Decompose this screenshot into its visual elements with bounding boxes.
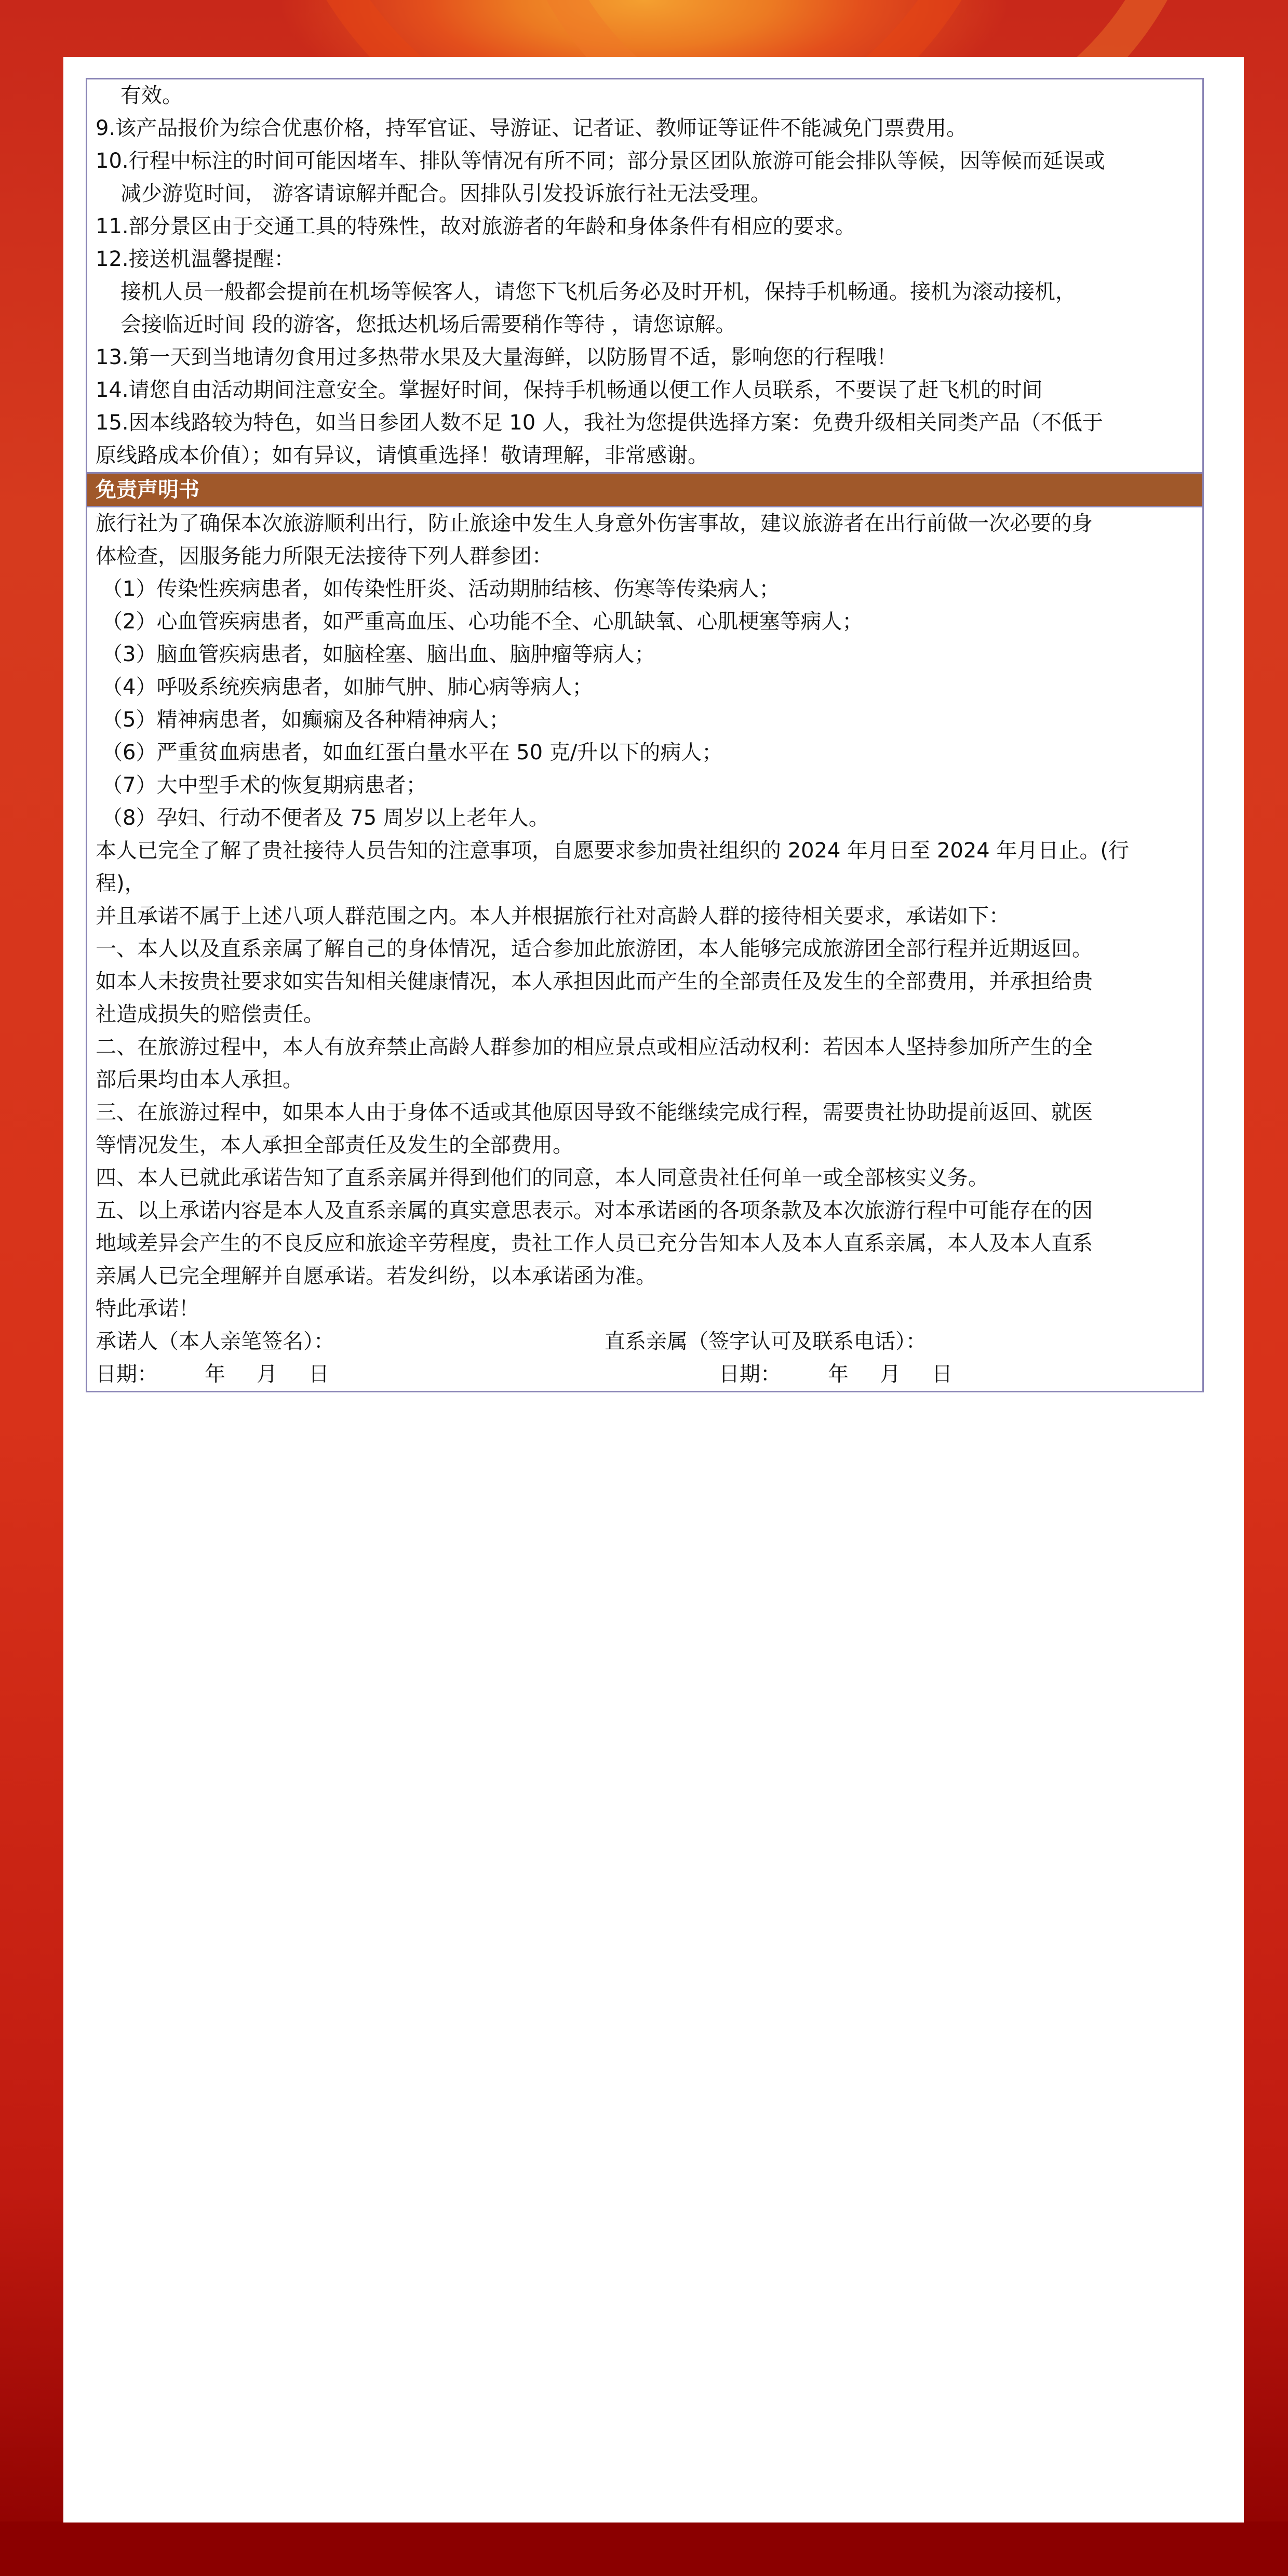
commitment-line: 地域差异会产生的不良反应和旅途辛劳程度，贵社工作人员已充分告知本人及本人直系亲属… bbox=[87, 1227, 1202, 1260]
year-label: 年 bbox=[205, 1362, 225, 1386]
commitment-line: 五、以上承诺内容是本人及直系亲属的真实意思表示。对本承诺函的各项条款及本次旅游行… bbox=[87, 1195, 1202, 1227]
signer-date-field[interactable]: 日期：年月日 bbox=[96, 1358, 605, 1391]
relative-signature-field[interactable]: 直系亲属（签字认可及联系电话）： bbox=[605, 1325, 927, 1358]
disclaimer-intro-2: 体检查，因服务能力所限无法接待下列人群参团： bbox=[87, 540, 1202, 573]
excluded-group-7: （7）大中型手术的恢复期病患者； bbox=[87, 769, 1202, 802]
notes-continuation: 有效。 bbox=[87, 79, 1202, 112]
note-item-12: 12.接送机温馨提醒： bbox=[87, 243, 1202, 276]
disclaimer-intro-1: 旅行社为了确保本次旅游顺利出行，防止旅途中发生人身意外伤害事故，建议旅游者在出行… bbox=[87, 507, 1202, 540]
excluded-group-3: （3）脑血管疾病患者，如脑栓塞、脑出血、脑肿瘤等病人； bbox=[87, 638, 1202, 671]
statement-line-1: 本人已完全了解了贵社接待人员告知的注意事项，自愿要求参加贵社组织的 2024 年… bbox=[87, 835, 1202, 867]
excluded-group-6: （6）严重贫血病患者，如血红蛋白量水平在 50 克/升以下的病人； bbox=[87, 736, 1202, 769]
statement-line-3: 并且承诺不属于上述八项人群范围之内。本人并根据旅行社对高龄人群的接待相关要求，承… bbox=[87, 900, 1202, 933]
excluded-group-5: （5）精神病患者，如癫痫及各种精神病人； bbox=[87, 704, 1202, 736]
relative-date-field[interactable]: 日期：年月日 bbox=[605, 1358, 952, 1391]
excluded-group-4: （4）呼吸系统疾病患者，如肺气肿、肺心病等病人； bbox=[87, 671, 1202, 704]
day-label: 日 bbox=[932, 1362, 952, 1386]
date-row: 日期：年月日 日期：年月日 bbox=[87, 1358, 1202, 1391]
disclaimer-title: 免责声明书 bbox=[87, 472, 1202, 507]
closing-line: 特此承诺！ bbox=[87, 1293, 1202, 1325]
statement-line-2: 程)， bbox=[87, 867, 1202, 900]
note-item-15-cont: 原线路成本价值）；如有异议，请慎重选择！敬请理解，非常感谢。 bbox=[87, 439, 1202, 472]
commitment-line: 一、本人以及直系亲属了解自己的身体情况，适合参加此旅游团，本人能够完成旅游团全部… bbox=[87, 933, 1202, 965]
date-label: 日期： bbox=[96, 1362, 158, 1386]
commitment-line: 亲属人已完全理解并自愿承诺。若发纠纷，以本承诺函为准。 bbox=[87, 1260, 1202, 1293]
bottom-band bbox=[0, 2521, 1288, 2576]
commitment-line: 等情况发生，本人承担全部责任及发生的全部费用。 bbox=[87, 1129, 1202, 1162]
day-label: 日 bbox=[308, 1362, 329, 1386]
commitment-line: 三、在旅游过程中，如果本人由于身体不适或其他原因导致不能继续完成行程，需要贵社协… bbox=[87, 1096, 1202, 1129]
note-item-15: 15.因本线路较为特色，如当日参团人数不足 10 人，我社为您提供选择方案：免费… bbox=[87, 407, 1202, 439]
year-label: 年 bbox=[828, 1362, 849, 1386]
date-label: 日期： bbox=[719, 1362, 781, 1386]
commitment-line: 二、在旅游过程中，本人有放弃禁止高龄人群参加的相应景点或相应活动权利：若因本人坚… bbox=[87, 1031, 1202, 1064]
excluded-group-1: （1）传染性疾病患者，如传染性肝炎、活动期肺结核、伤寒等传染病人； bbox=[87, 573, 1202, 606]
commitment-line: 四、本人已就此承诺告知了直系亲属并得到他们的同意，本人同意贵社任何单一或全部核实… bbox=[87, 1162, 1202, 1195]
commitment-line: 如本人未按贵社要求如实告知相关健康情况，本人承担因此而产生的全部责任及发生的全部… bbox=[87, 965, 1202, 998]
signature-row: 承诺人（本人亲笔签名）： 直系亲属（签字认可及联系电话）： bbox=[87, 1325, 1202, 1358]
note-item-12-cont: 接机人员一般都会提前在机场等候客人，请您下飞机后务必及时开机，保持手机畅通。接机… bbox=[87, 276, 1202, 308]
commitment-line: 部后果均由本人承担。 bbox=[87, 1064, 1202, 1096]
note-item-9: 9.该产品报价为综合优惠价格，持军官证、导游证、记者证、教师证等证件不能减免门票… bbox=[87, 112, 1202, 145]
excluded-group-2: （2）心血管疾病患者，如严重高血压、心功能不全、心肌缺氧、心肌梗塞等病人； bbox=[87, 606, 1202, 638]
document-table: 有效。 9.该产品报价为综合优惠价格，持军官证、导游证、记者证、教师证等证件不能… bbox=[86, 78, 1204, 1392]
note-item-12-cont2: 会接临近时间 段的游客，您抵达机场后需要稍作等待 ，请您谅解。 bbox=[87, 308, 1202, 341]
excluded-group-8: （8）孕妇、行动不便者及 75 周岁以上老年人。 bbox=[87, 802, 1202, 835]
note-item-14: 14.请您自由活动期间注意安全。掌握好时间，保持手机畅通以便工作人员联系，不要误… bbox=[87, 374, 1202, 407]
note-item-10: 10.行程中标注的时间可能因堵车、排队等情况有所不同；部分景区团队旅游可能会排队… bbox=[87, 145, 1202, 178]
month-label: 月 bbox=[880, 1362, 901, 1386]
note-item-13: 13.第一天到当地请勿食用过多热带水果及大量海鲜，以防肠胃不适，影响您的行程哦！ bbox=[87, 341, 1202, 374]
month-label: 月 bbox=[257, 1362, 277, 1386]
note-item-10-cont: 减少游览时间， 游客请谅解并配合。因排队引发投诉旅行社无法受理。 bbox=[87, 178, 1202, 210]
note-item-11: 11.部分景区由于交通工具的特殊性，故对旅游者的年龄和身体条件有相应的要求。 bbox=[87, 210, 1202, 243]
signer-signature-field[interactable]: 承诺人（本人亲笔签名）： bbox=[96, 1325, 605, 1358]
commitment-line: 社造成损失的赔偿责任。 bbox=[87, 998, 1202, 1031]
